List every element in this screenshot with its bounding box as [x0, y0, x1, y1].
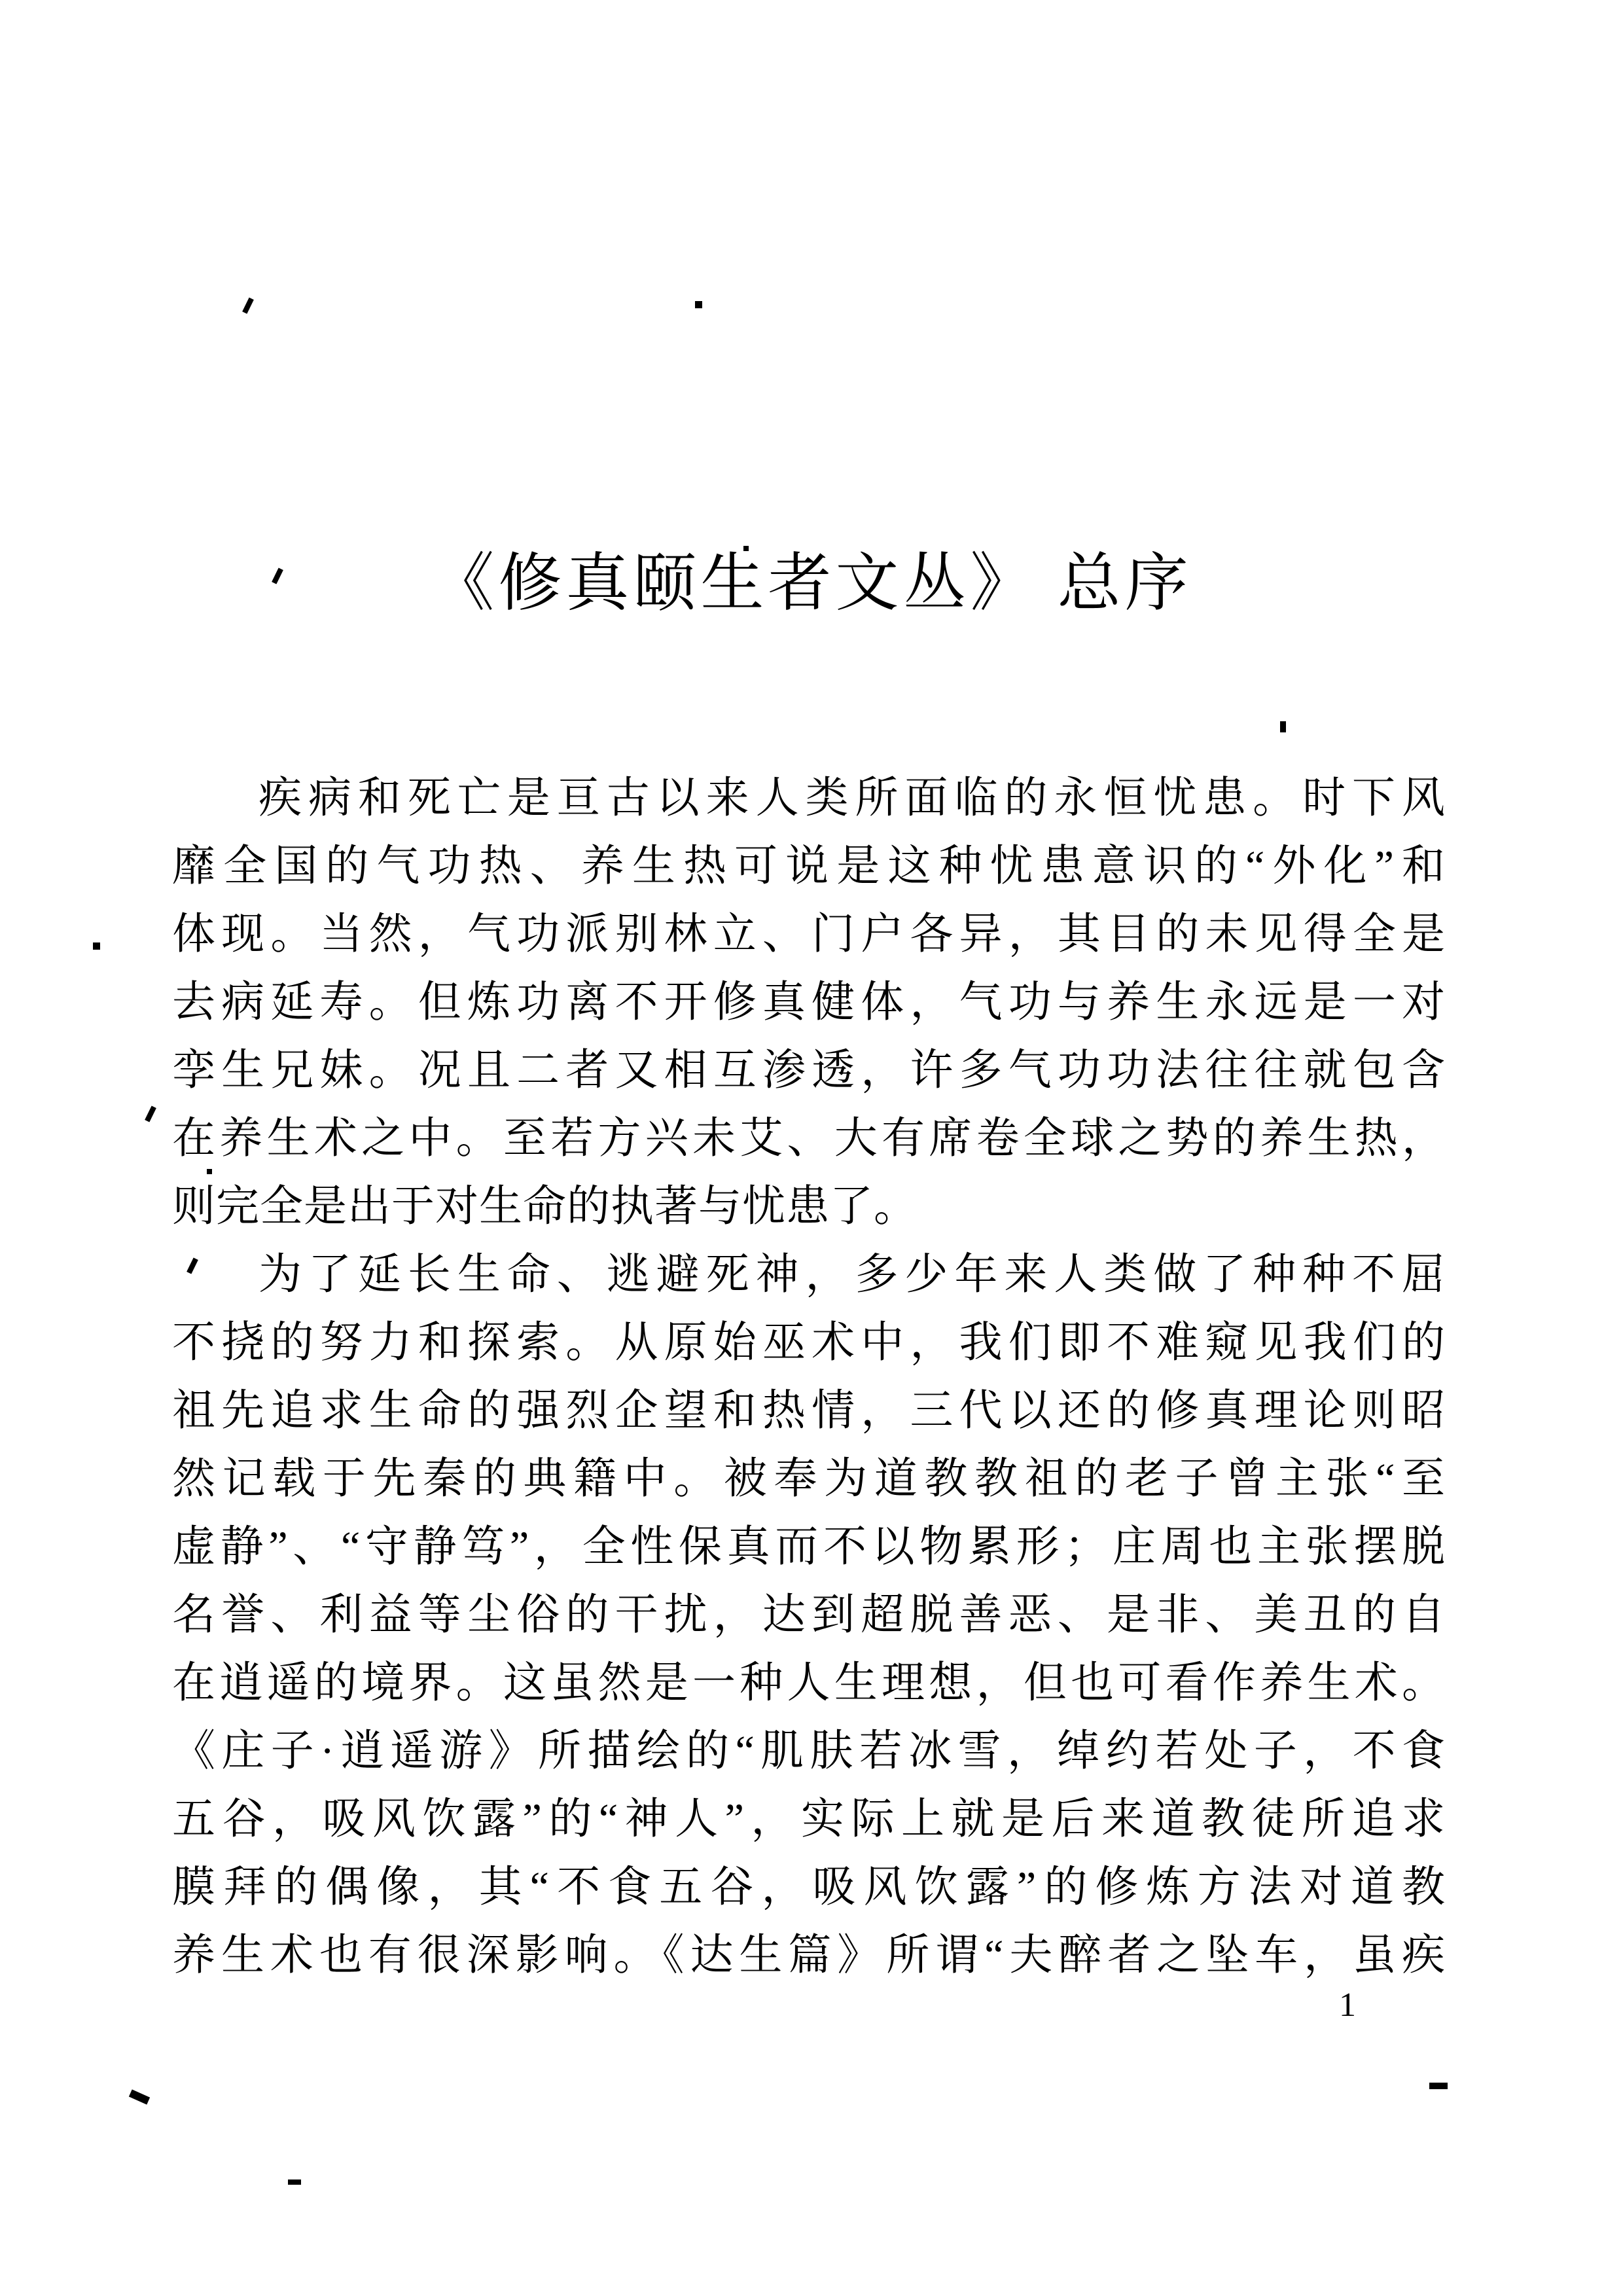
scan-speck	[129, 2089, 150, 2104]
body-text-line: 《庄子·逍遥游》所描绘的“肌肤若冰雪，绰约若处子，不食	[172, 1717, 1446, 1785]
body-text-line: 在逍遥的境界。这虽然是一种人生理想，但也可看作养生术。	[172, 1649, 1446, 1717]
scan-speck	[743, 546, 749, 551]
body-text-line: 不挠的努力和探索。从原始巫术中，我们即不难窥见我们的	[172, 1309, 1446, 1377]
page-number: 1	[1339, 1986, 1356, 2025]
body-text-line: 为了延长生命、逃避死神，多少年来人类做了种种不屈	[172, 1241, 1446, 1309]
scan-speck	[695, 301, 702, 308]
body-text-line: 五谷，吸风饮露”的“神人”，实际上就是后来道教徒所追求	[172, 1785, 1446, 1854]
body-text-line: 名誉、利益等尘俗的干扰，达到超脱善恶、是非、美丑的自	[172, 1581, 1446, 1649]
body-text-line: 祖先追求生命的强烈企望和热情，三代以还的修真理论则昭	[172, 1377, 1446, 1445]
body-text-line: 然记载于先秦的典籍中。被奉为道教教祖的老子曾主张“至	[172, 1445, 1446, 1513]
body-text-line: 膜拜的偶像，其“不食五谷，吸风饮露”的修炼方法对道教	[172, 1854, 1446, 1922]
book-page: 《修真颐生者文丛》 总序 疾病和死亡是亘古以来人类所面临的永恒忧患。时下风靡全国…	[0, 0, 1623, 2296]
body-text-line: 体现。当然，气功派别林立、门户各异，其目的未见得全是	[172, 901, 1446, 969]
body-text-line: 去病延寿。但炼功离不开修真健体，气功与养生永远是一对	[172, 969, 1446, 1037]
scan-speck	[207, 1169, 212, 1174]
page-title: 《修真颐生者文丛》 总序	[0, 531, 1623, 623]
body-text-line: 靡全国的气功热、养生热可说是这种忧患意识的“外化”和	[172, 833, 1446, 901]
body-text-line: 孪生兄妹。况且二者又相互渗透，许多气功功法往往就包含	[172, 1037, 1446, 1105]
body-text: 疾病和死亡是亘古以来人类所面临的永恒忧患。时下风靡全国的气功热、养生热可说是这种…	[172, 764, 1446, 1990]
scan-speck	[242, 297, 254, 314]
scan-speck	[1429, 2083, 1448, 2089]
body-text-line: 养生术也有很深影响。《达生篇》所谓“夫醉者之坠车，虽疾	[172, 1922, 1446, 1990]
scan-speck	[145, 1105, 156, 1122]
body-text-line: 则完全是出于对生命的执著与忧患了。	[172, 1173, 1446, 1241]
body-text-line: 疾病和死亡是亘古以来人类所面临的永恒忧患。时下风	[172, 764, 1446, 833]
body-text-line: 在养生术之中。至若方兴未艾、大有席卷全球之势的养生热，	[172, 1105, 1446, 1173]
body-text-line: 虚静”、“守静笃”，全性保真而不以物累形；庄周也主张摆脱	[172, 1513, 1446, 1581]
scan-speck	[1280, 721, 1286, 732]
scan-speck	[288, 2179, 301, 2185]
scan-speck	[93, 942, 100, 950]
